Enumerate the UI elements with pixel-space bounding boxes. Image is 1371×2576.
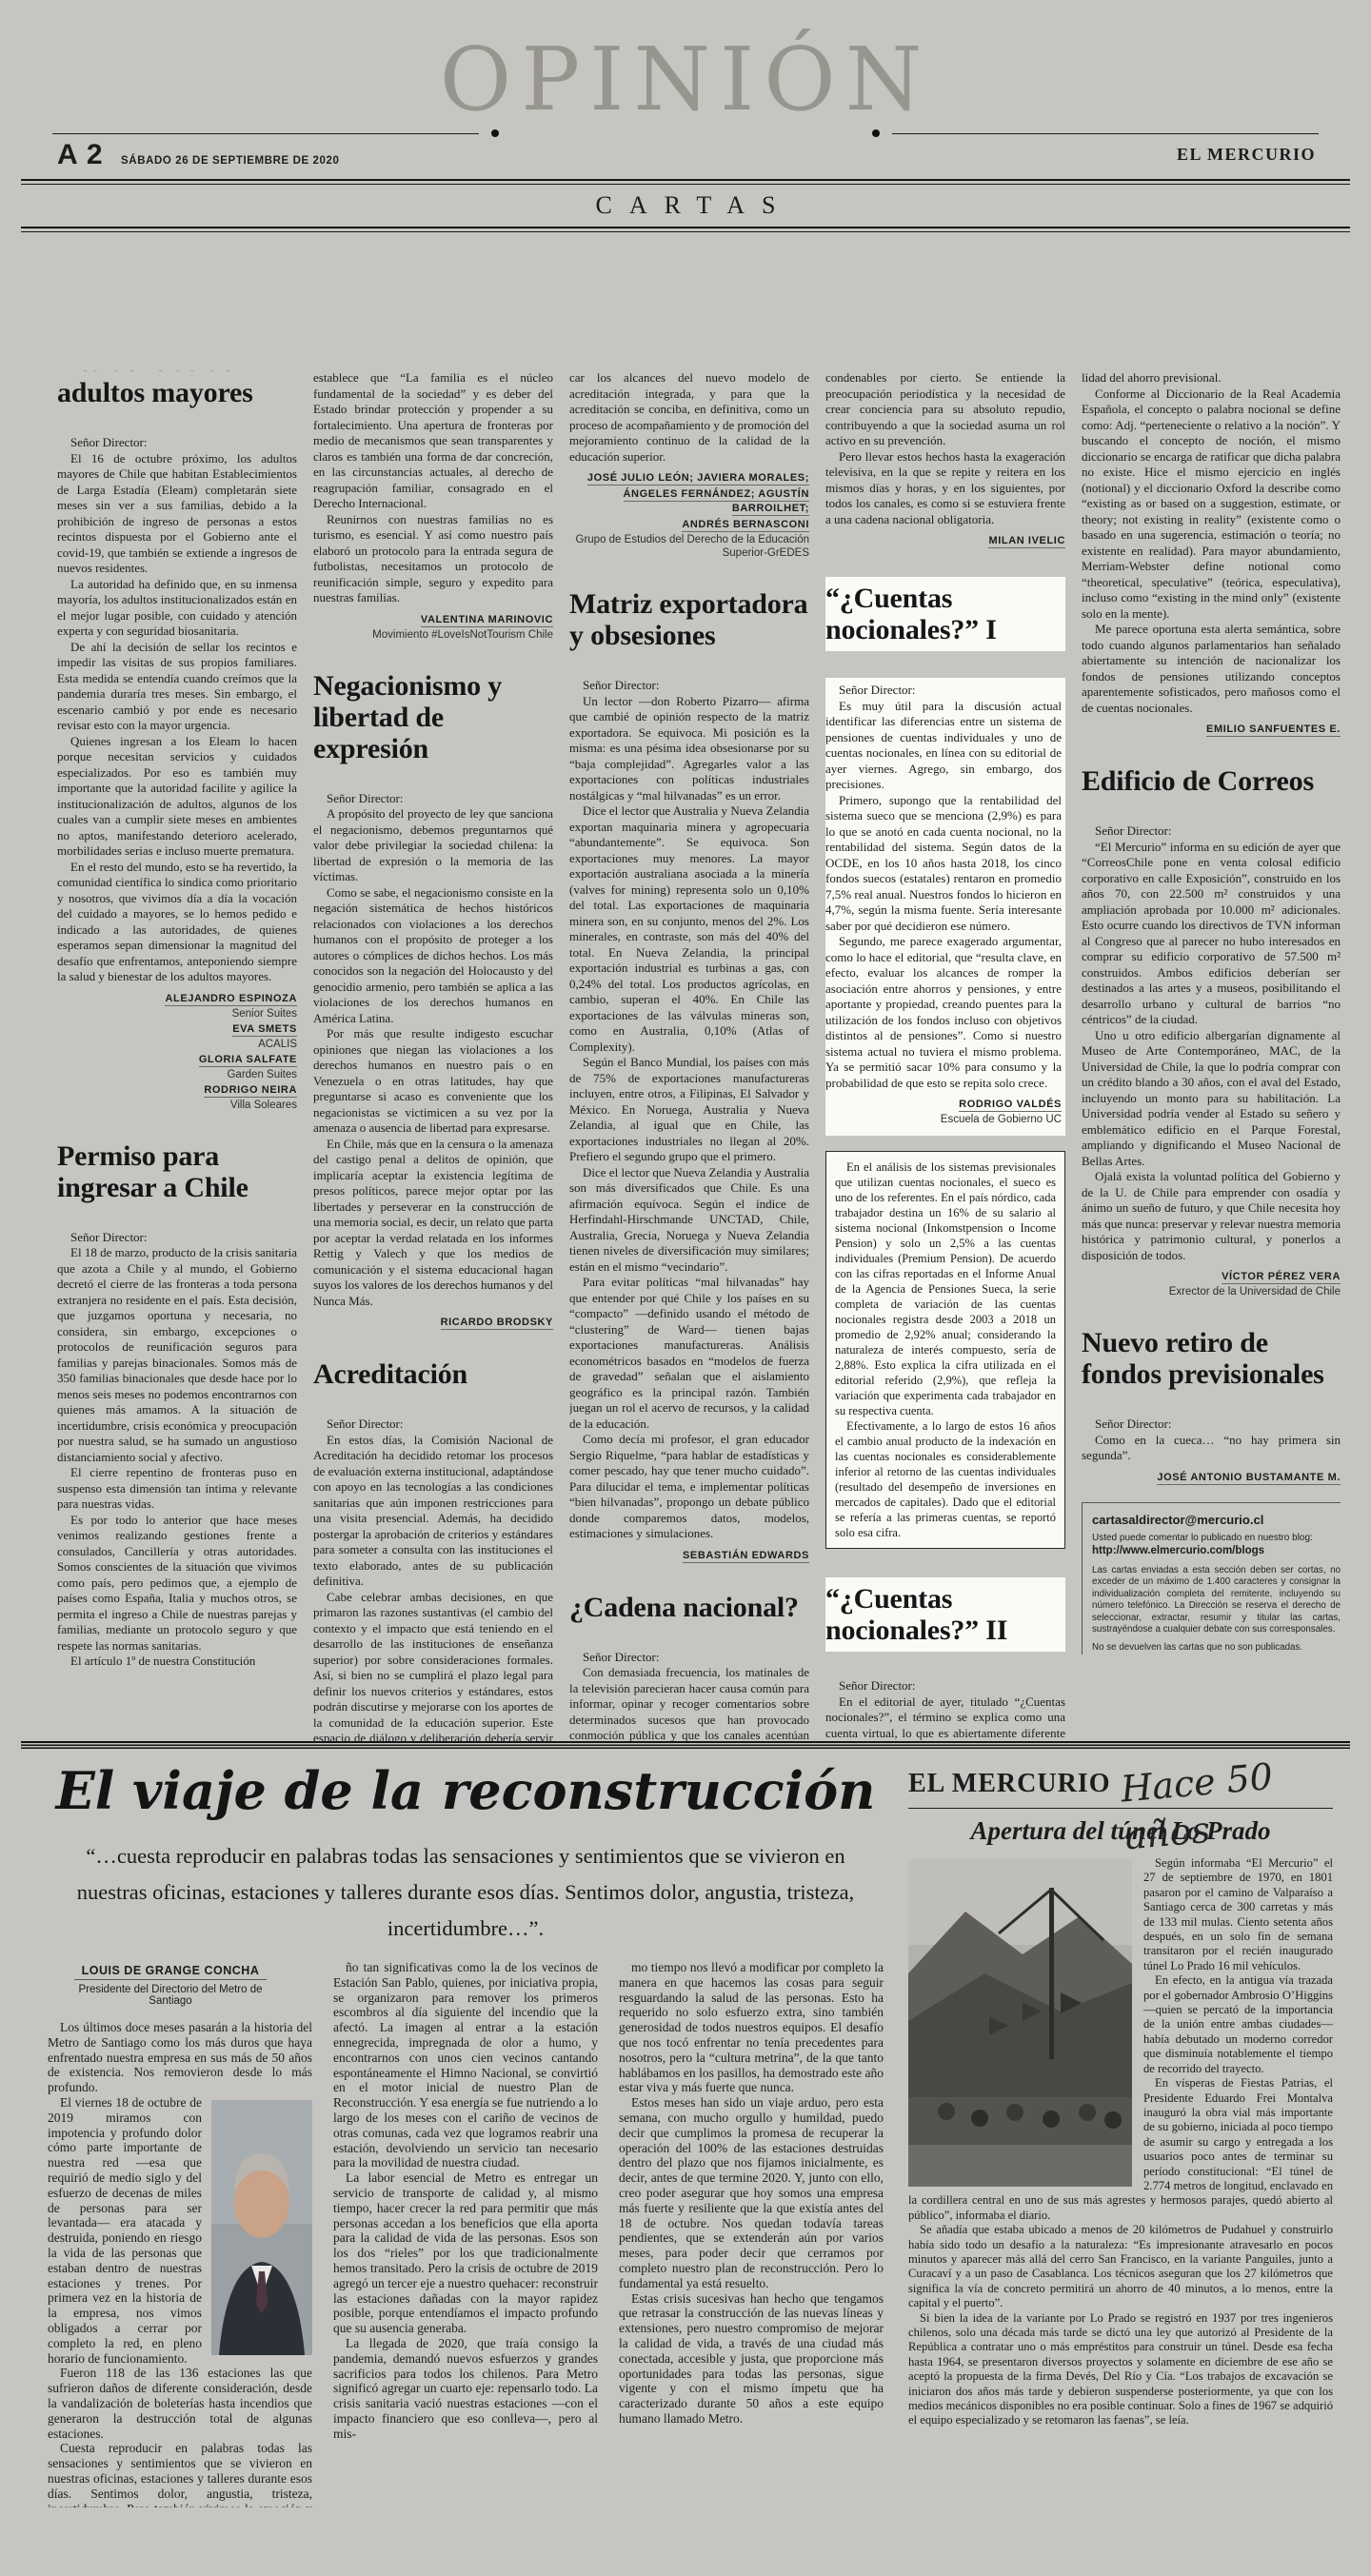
- feature-paragraph: Fueron 118 de las 136 estaciones las que…: [48, 2366, 312, 2441]
- editors-note-paragraph: Efectivamente, a lo largo de estos 16 añ…: [835, 1418, 1056, 1540]
- letter-paragraph: condenables por cierto. Se entiende la p…: [825, 370, 1065, 449]
- hace-50-anos-box: EL MERCURIO Hace 50 años Apertura del tú…: [908, 1760, 1333, 2567]
- header-decorative-dot-right: [872, 129, 880, 137]
- letter-heading: Edificio de Correos: [1082, 765, 1341, 797]
- letter-salutation: Señor Director:: [1082, 823, 1341, 840]
- header-decorative-line-left: [52, 133, 479, 134]
- letter-paragraph: Pero llevar estos hechos hasta la exager…: [825, 449, 1065, 528]
- letter-signature: MILAN IVELIC: [825, 534, 1065, 548]
- letters-column-3: car los alcances del nuevo modelo de acr…: [569, 370, 809, 1741]
- letter-signature-affiliation: Senior Suites: [57, 1007, 297, 1020]
- contact-blog-url[interactable]: http://www.elmercurio.com/blogs: [1092, 1544, 1341, 1558]
- signature-name: JOSÉ ANTONIO BUSTAMANTE M.: [1157, 1472, 1341, 1485]
- letter-signature: VÍCTOR PÉREZ VERA: [1082, 1270, 1341, 1284]
- letter-signature-affiliation: Villa Soleares: [57, 1099, 297, 1112]
- letter-signature: SEBASTIÁN EDWARDS: [569, 1549, 809, 1563]
- feature-title: El viaje de la reconstrucción: [48, 1762, 884, 1819]
- feature-column-3: mo tiempo nos llevó a modificar por comp…: [619, 1960, 884, 2507]
- hace50-body: Según informaba “El Mercurio” el 27 de s…: [908, 1856, 1333, 2428]
- letter-salutation: Señor Director:: [313, 1417, 553, 1433]
- signature-name: RICARDO BRODSKY: [441, 1317, 553, 1330]
- cartas-section-label: CARTAS: [0, 185, 1371, 227]
- letter-signature-affiliation: Escuela de Gobierno UC: [825, 1113, 1062, 1126]
- letter-paragraph: car los alcances del nuevo modelo de acr…: [569, 370, 809, 465]
- contact-blog-info: Usted puede comentar lo publicado en nue…: [1092, 1532, 1341, 1544]
- letter-paragraph: lidad del ahorro previsional.: [1082, 370, 1341, 386]
- signature-name: ANDRÉS BERNASCONI: [682, 519, 809, 532]
- letter-paragraph: Un lector —don Roberto Pizarro— afirma q…: [569, 694, 809, 804]
- letters-section: Residencias de adultos mayoresSeñor Dire…: [0, 232, 1371, 1741]
- letter-heading: Permiso para ingresar a Chile: [57, 1140, 297, 1203]
- letter-signature-affiliation: Garden Suites: [57, 1068, 297, 1081]
- masthead-brand: EL MERCURIO: [1177, 145, 1316, 165]
- contact-rules: Las cartas enviadas a esta sección deben…: [1092, 1565, 1341, 1637]
- contact-email[interactable]: cartasaldirector@mercurio.cl: [1092, 1513, 1341, 1528]
- feature-paragraph: Los últimos doce meses pasarán a la hist…: [48, 2020, 312, 2095]
- section-title: OPINIÓN: [0, 32, 1371, 128]
- letter-paragraph: Quienes ingresan a los Eleam lo hacen po…: [57, 734, 297, 860]
- letter-paragraph: En el editorial de ayer, titulado “¿Cuen…: [825, 1694, 1065, 1742]
- bottom-section: El viaje de la reconstrucción “…cuesta r…: [0, 1749, 1371, 2567]
- letter-signature: ALEJANDRO ESPINOZA: [57, 992, 297, 1006]
- signature-name: ALEJANDRO ESPINOZA: [165, 993, 297, 1006]
- feature-byline: LOUIS DE GRANGE CONCHAPresidente del Dir…: [57, 1962, 284, 2007]
- letter-paragraph: Ojalá exista la voluntad política del Go…: [1082, 1169, 1341, 1263]
- letter-signature: JOSÉ ANTONIO BUSTAMANTE M.: [1082, 1471, 1341, 1485]
- editors-note-box: En el análisis de los sistemas prevision…: [825, 1151, 1065, 1549]
- author-portrait-photo: [211, 2100, 312, 2355]
- letter-paragraph: Es por todo lo anterior que hace meses v…: [57, 1513, 297, 1655]
- letter-salutation: Señor Director:: [569, 678, 809, 694]
- letter-salutation: Señor Director:: [569, 1650, 809, 1666]
- letter-salutation: Señor Director:: [825, 1678, 1065, 1694]
- letter-signature: RODRIGO VALDÉS: [825, 1098, 1062, 1112]
- signature-name: MILAN IVELIC: [988, 535, 1065, 548]
- contact-no-return: No se devuelven las cartas que no son pu…: [1092, 1642, 1341, 1655]
- feature-article: El viaje de la reconstrucción “…cuesta r…: [48, 1760, 884, 2567]
- letter-paragraph: En Chile, más que en la censura o la ame…: [313, 1137, 553, 1310]
- feature-byline-name: LOUIS DE GRANGE CONCHA: [74, 1964, 268, 1980]
- letter-paragraph: “El Mercurio” informa en su edición de a…: [1082, 840, 1341, 1028]
- hace50-paragraph: Se añadía que estaba ubicado a menos de …: [908, 2223, 1333, 2310]
- header-decorative-dot-left: [491, 129, 499, 137]
- letter-paragraph: Cabe celebrar ambas decisiones, en que p…: [313, 1590, 553, 1742]
- feature-byline-role: Presidente del Directorio del Metro de S…: [57, 1984, 284, 2007]
- letter-heading: “¿Cuentas nocionales?” I: [825, 577, 1065, 651]
- letter-paragraph: Segundo, me parece exagerado argumentar,…: [825, 934, 1062, 1091]
- letter-paragraph: De ahí la decisión de sellar los recinto…: [57, 640, 297, 734]
- signature-name: EMILIO SANFUENTES E.: [1206, 723, 1341, 737]
- letter-paragraph: Reunirnos con nuestras familias no es tu…: [313, 512, 553, 606]
- signature-name: RODRIGO VALDÉS: [959, 1099, 1062, 1112]
- letter-paragraph: Como decía mi profesor, el gran educador…: [569, 1432, 809, 1542]
- newspaper-page: OPINIÓN A 2 SÁBADO 26 DE SEPTIEMBRE DE 2…: [0, 0, 1371, 2576]
- letter-salutation: Señor Director:: [1082, 1417, 1341, 1433]
- signature-name: JOSÉ JULIO LEÓN; JAVIERA MORALES;: [587, 472, 809, 485]
- signature-name: RODRIGO NEIRA: [204, 1084, 297, 1098]
- feature-columns: LOUIS DE GRANGE CONCHAPresidente del Dir…: [48, 1960, 884, 2507]
- letter-signature-affiliation: Movimiento #LoveIsNotTourism Chile: [313, 628, 553, 642]
- page-label-row: A 2 SÁBADO 26 DE SEPTIEMBRE DE 2020: [57, 139, 340, 171]
- letter-paragraph: establece que “La familia es el núcleo f…: [313, 370, 553, 512]
- letter-paragraph: Primero, supongo que la rentabilidad del…: [825, 793, 1062, 935]
- signature-name: SEBASTIÁN EDWARDS: [683, 1550, 809, 1563]
- page-number: A 2: [57, 139, 104, 170]
- page-header: OPINIÓN A 2 SÁBADO 26 DE SEPTIEMBRE DE 2…: [0, 0, 1371, 179]
- letter-salutation: Señor Director:: [57, 435, 297, 451]
- letter-signature-affiliation: Exrector de la Universidad de Chile: [1082, 1285, 1341, 1298]
- feature-column-2: ño tan significativas como la de los vec…: [333, 1960, 598, 2507]
- letters-column-5: lidad del ahorro previsional.Conforme al…: [1082, 370, 1341, 1741]
- feature-pull-quote: “…cuesta reproducir en palabras todas la…: [51, 1838, 880, 1947]
- feature-column-1: LOUIS DE GRANGE CONCHAPresidente del Dir…: [48, 1960, 312, 2507]
- hace50-paragraph: Si bien la idea de la variante por Lo Pr…: [908, 2311, 1333, 2428]
- letter-signature-affiliation: Grupo de Estudios del Derecho de la Educ…: [569, 533, 809, 560]
- letter-paragraph: Me parece oportuna esta alerta semántica…: [1082, 622, 1341, 716]
- tunnel-photo: [908, 1859, 1132, 2187]
- letter-signature: ANDRÉS BERNASCONI: [569, 518, 809, 532]
- feature-paragraph: La labor esencial de Metro es entregar u…: [333, 2170, 598, 2336]
- letter-paragraph: Es muy útil para la discusión actual ide…: [825, 699, 1062, 793]
- feature-paragraph: Estos meses han sido un viaje arduo, per…: [619, 2095, 884, 2290]
- contact-box: cartasaldirector@mercurio.clUsted puede …: [1082, 1502, 1341, 1655]
- letter-heading: “¿Cuentas nocionales?” II: [825, 1577, 1065, 1652]
- signature-name: GLORIA SALFATE: [199, 1054, 297, 1067]
- letter-salutation: Señor Director:: [825, 683, 1062, 699]
- letter-signature: GLORIA SALFATE: [57, 1053, 297, 1067]
- letter-signature: ÁNGELES FERNÁNDEZ; AGUSTÍN BARROILHET;: [569, 487, 809, 516]
- page-date: SÁBADO 26 DE SEPTIEMBRE DE 2020: [121, 155, 340, 167]
- letter-heading: Nuevo retiro de fondos previsionales: [1082, 1327, 1341, 1390]
- letter-heading: ¿Cadena nacional?: [569, 1592, 809, 1623]
- letter-heading: Acreditación: [313, 1358, 553, 1390]
- feature-paragraph: mo tiempo nos llevó a modificar por comp…: [619, 1960, 884, 2095]
- signature-name: EVA SMETS: [232, 1023, 297, 1037]
- letter-paragraph: La autoridad ha definido que, en su inme…: [57, 577, 297, 640]
- letter-paragraph: El cierre repentino de fronteras puso en…: [57, 1465, 297, 1513]
- letter-heading: Matriz exportadora y obsesiones: [569, 588, 809, 651]
- signature-name: VÍCTOR PÉREZ VERA: [1222, 1271, 1341, 1284]
- letter-paragraph: Conforme al Diccionario de la Real Acade…: [1082, 386, 1341, 623]
- letter-paragraph: Como se sabe, el negacionismo consiste e…: [313, 885, 553, 1027]
- feature-paragraph: Cuesta reproducir en palabras todas las …: [48, 2441, 312, 2507]
- signature-name: VALENTINA MARINOVIC: [421, 614, 553, 627]
- letter-paragraph: El 16 de octubre próximo, los adultos ma…: [57, 451, 297, 577]
- feature-paragraph: La llegada de 2020, que traía consigo la…: [333, 2336, 598, 2442]
- letter-paragraph: Uno u otro edificio albergarían dignamen…: [1082, 1028, 1341, 1170]
- letters-column-2: establece que “La familia es el núcleo f…: [313, 370, 553, 1741]
- feature-paragraph: Estas crisis sucesivas han hecho que ten…: [619, 2291, 884, 2427]
- letter-paragraph: Para evitar políticas “mal hilvanadas” h…: [569, 1275, 809, 1432]
- letter-salutation: Señor Director:: [57, 1230, 297, 1246]
- letter-paragraph: Dice el lector que Nueva Zelandia y Aust…: [569, 1165, 809, 1276]
- letter-signature: VALENTINA MARINOVIC: [313, 613, 553, 627]
- letter-paragraph: Como en la cueca… “no hay primera sin se…: [1082, 1433, 1341, 1464]
- letter-heading: Residencias de adultos mayores: [57, 370, 297, 408]
- letter-paragraph: Dice el lector que Australia y Nueva Zel…: [569, 803, 809, 1055]
- letter-salutation: Señor Director:: [313, 791, 553, 807]
- hace50-header: EL MERCURIO Hace 50 años: [908, 1760, 1333, 1809]
- letter-paragraph: El artículo 1º de nuestra Constitución: [57, 1654, 297, 1670]
- signature-name: ÁNGELES FERNÁNDEZ; AGUSTÍN BARROILHET;: [624, 488, 809, 516]
- letter-paragraph: Según el Banco Mundial, los países con m…: [569, 1055, 809, 1165]
- editors-note-paragraph: En el análisis de los sistemas prevision…: [835, 1159, 1056, 1418]
- feature-paragraph: ño tan significativas como la de los vec…: [333, 1960, 598, 2170]
- letter-paragraph: En el resto del mundo, esto se ha revert…: [57, 860, 297, 985]
- letter-signature: JOSÉ JULIO LEÓN; JAVIERA MORALES;: [569, 471, 809, 485]
- letter-signature-affiliation: ACALIS: [57, 1038, 297, 1051]
- highlight-box: Señor Director:Es muy útil para la discu…: [825, 678, 1065, 1136]
- letter-paragraph: Por más que resulte indigesto escuchar o…: [313, 1026, 553, 1137]
- letter-signature: RODRIGO NEIRA: [57, 1083, 297, 1098]
- letter-heading: Negacionismo y libertad de expresión: [313, 670, 553, 764]
- letter-signature: EVA SMETS: [57, 1022, 297, 1037]
- hace50-script-label: Hace 50 años: [1119, 1760, 1333, 1860]
- letters-column-4: condenables por cierto. Se entiende la p…: [825, 370, 1065, 1741]
- letter-paragraph: Con demasiada frecuencia, los matinales …: [569, 1665, 809, 1741]
- letter-signature: RICARDO BRODSKY: [313, 1316, 553, 1330]
- letter-paragraph: A propósito del proyecto de ley que sanc…: [313, 806, 553, 885]
- letter-signature: EMILIO SANFUENTES E.: [1082, 723, 1341, 737]
- header-decorative-line-right: [892, 133, 1319, 134]
- hace50-brand: EL MERCURIO: [908, 1769, 1110, 1798]
- letter-paragraph: El 18 de marzo, producto de la crisis sa…: [57, 1245, 297, 1465]
- thick-separator-rule: [21, 1741, 1350, 1749]
- letter-paragraph: En estos días, la Comisión Nacional de A…: [313, 1433, 553, 1590]
- letters-column-1: Residencias de adultos mayoresSeñor Dire…: [57, 370, 297, 1741]
